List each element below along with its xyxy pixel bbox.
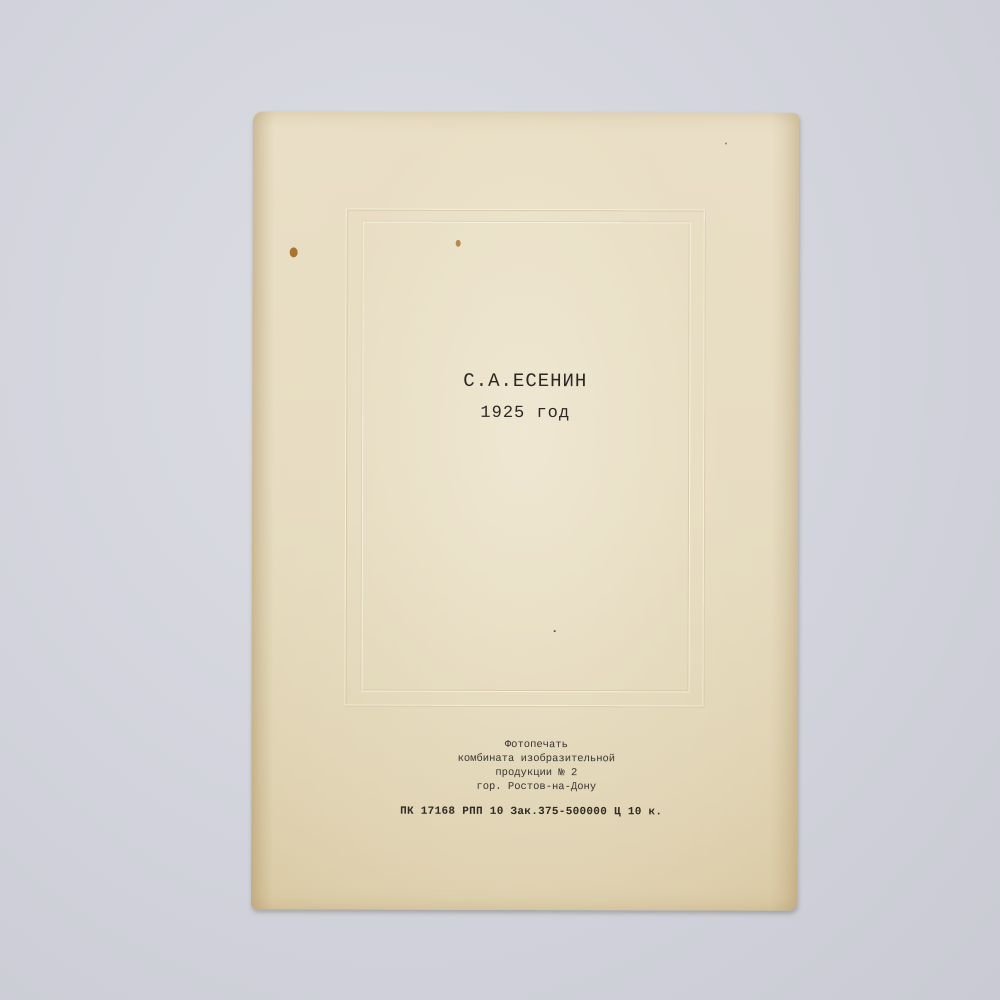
imprint-line: продукции № 2 — [421, 766, 651, 781]
speck-mark — [725, 143, 727, 145]
publisher-imprint: Фотопечать комбината изобразительной про… — [421, 738, 651, 795]
postcard-back: С.А.ЕСЕНИН 1925 год Фотопечать комбината… — [251, 111, 799, 910]
imprint-line: комбината изобразительной — [421, 752, 651, 767]
stain-mark — [290, 247, 298, 257]
stain-mark — [456, 240, 461, 247]
card-year: 1925 год — [252, 403, 798, 423]
imprint-line: Фотопечать — [421, 738, 651, 753]
print-code: ПК 17168 РПП 10 Зак.375-500000 Ц 10 к. — [391, 806, 671, 819]
imprint-line: гор. Ростов-на-Дону — [421, 780, 651, 795]
embossed-frame-inner — [362, 222, 691, 693]
card-title: С.А.ЕСЕНИН — [252, 369, 798, 392]
speck-mark — [554, 630, 556, 632]
